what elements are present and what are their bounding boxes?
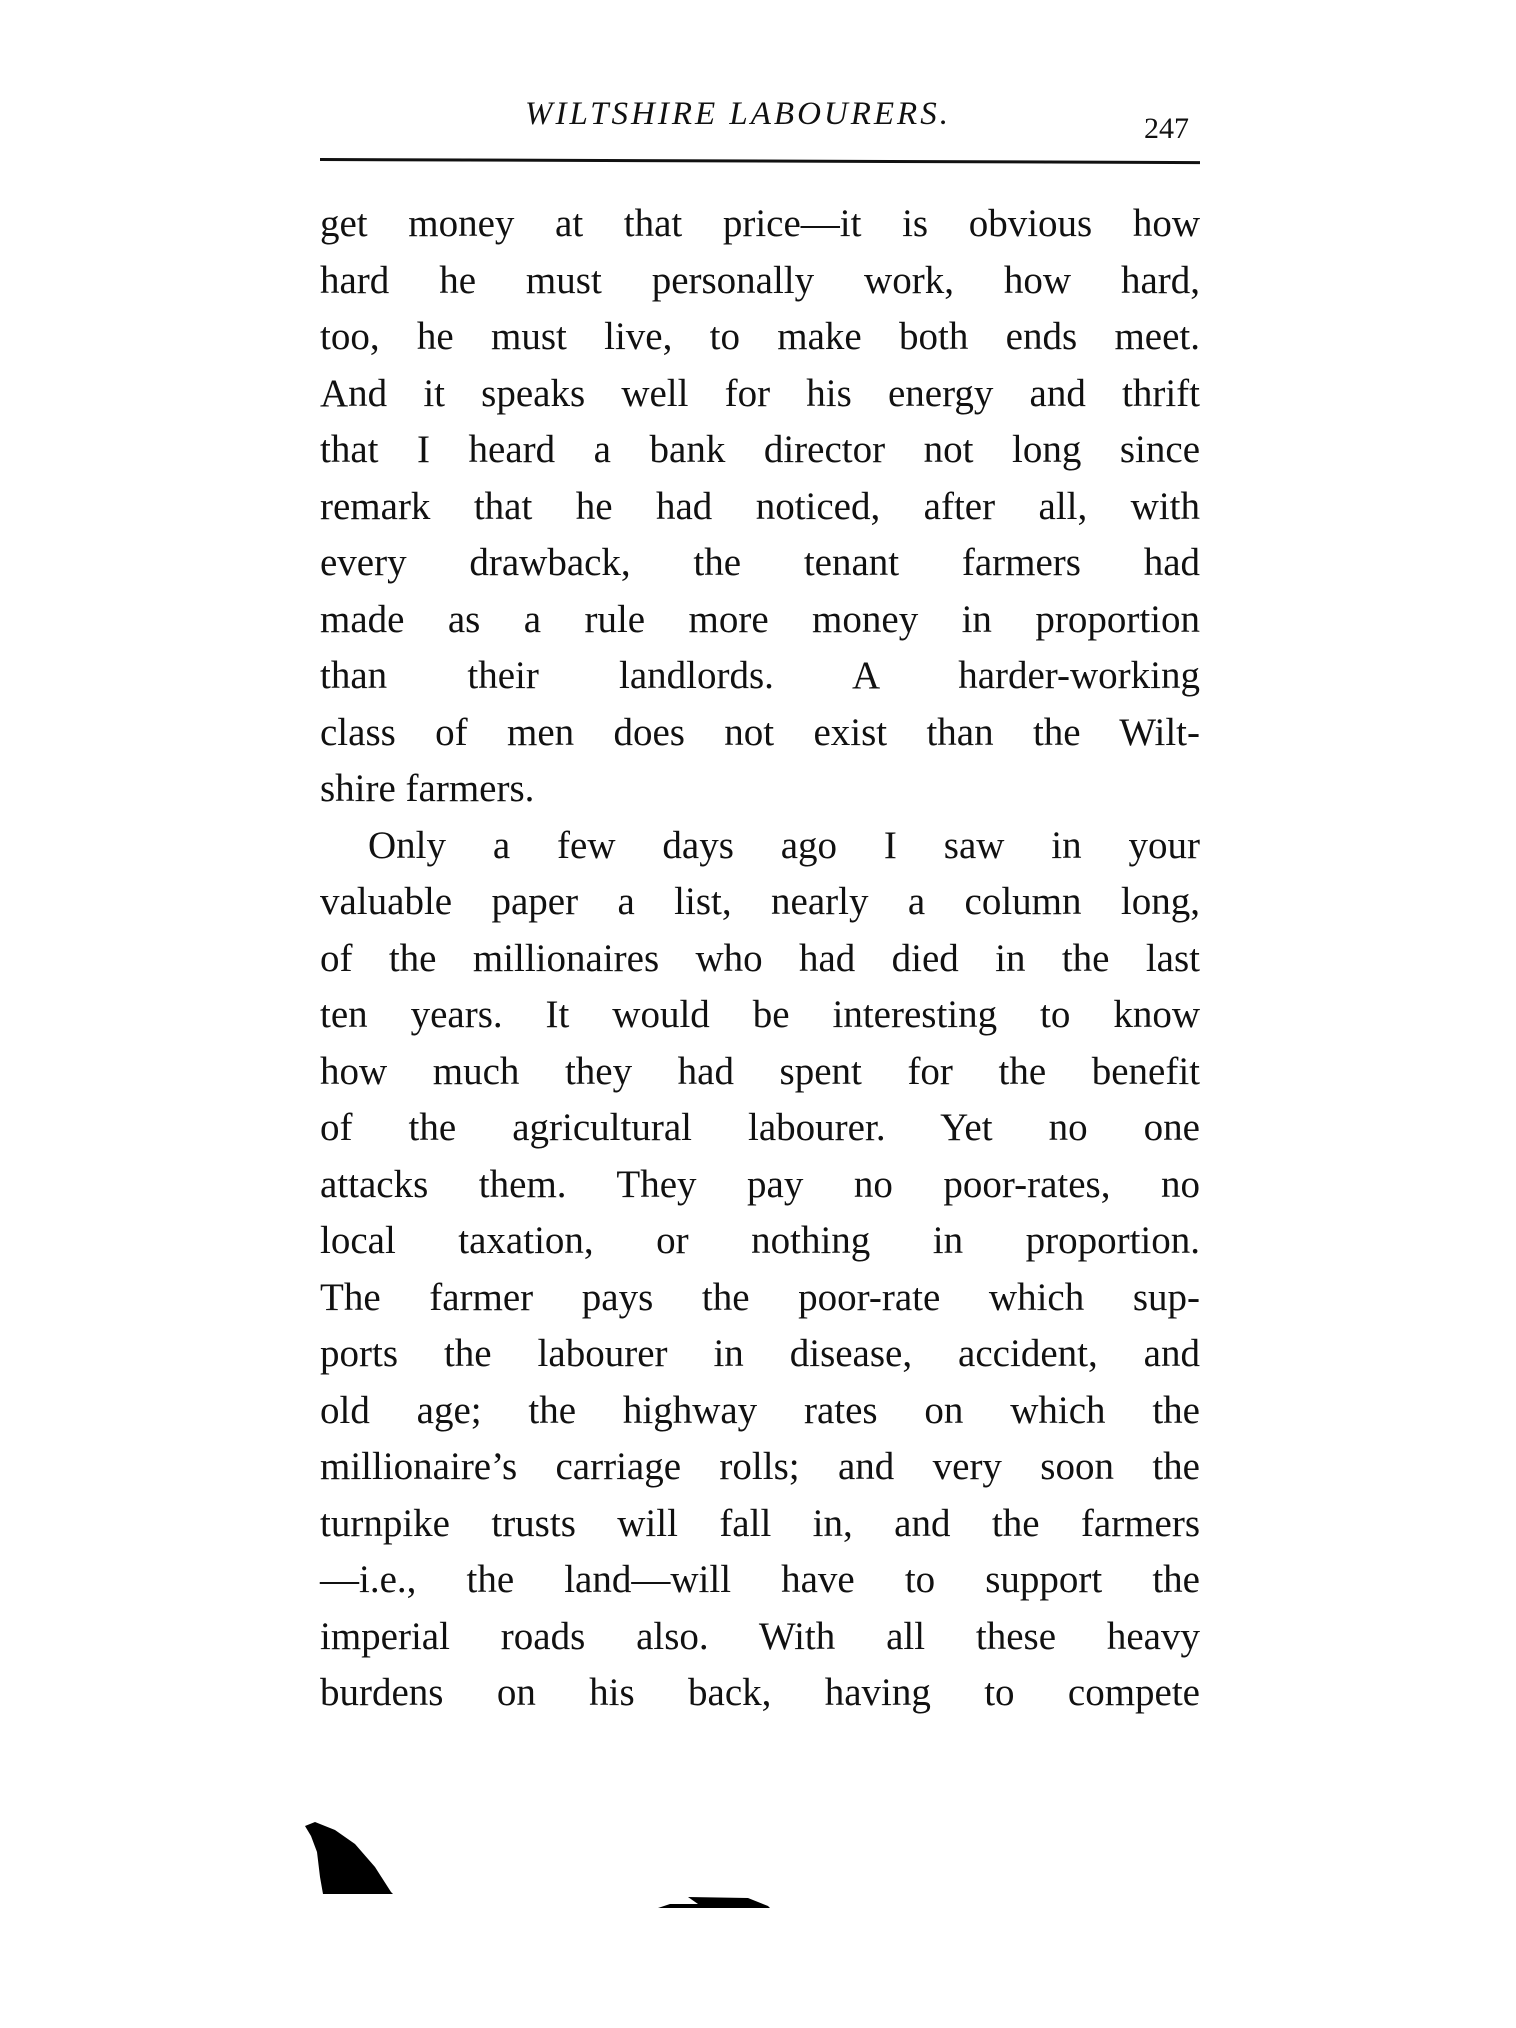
text-line: hard he must personally work, how hard, [320,253,1200,310]
text-line: The farmer pays the poor-rate which sup- [320,1270,1200,1327]
running-head: WILTSHIRE LABOURERS. 247 [320,96,1200,146]
ink-blot-left [305,1822,395,1897]
text-line: valuable paper a list, nearly a column l… [320,874,1200,931]
body-text: get money at that price—it is obvious ho… [320,196,1200,1722]
header-rule [320,158,1200,164]
text-line: too, he must live, to make both ends mee… [320,309,1200,366]
text-line: old age; the highway rates on which the [320,1383,1200,1440]
text-line: imperial roads also. With all these heav… [320,1609,1200,1666]
text-line: made as a rule more money in proportion [320,592,1200,649]
text-line: attacks them. They pay no poor-rates, no [320,1157,1200,1214]
book-page: WILTSHIRE LABOURERS. 247 get money at th… [0,0,1516,2028]
text-line: turnpike trusts will fall in, and the fa… [320,1496,1200,1553]
text-line: ports the labourer in disease, accident,… [320,1326,1200,1383]
text-line: get money at that price—it is obvious ho… [320,196,1200,253]
text-line: class of men does not exist than the Wil… [320,705,1200,762]
ink-smear-right [658,1896,770,1910]
text-line: every drawback, the tenant farmers had [320,535,1200,592]
paragraph-1: get money at that price—it is obvious ho… [320,196,1200,818]
text-line: of the agricultural labourer. Yet no one [320,1100,1200,1157]
text-line: how much they had spent for the benefit [320,1044,1200,1101]
text-line: Only a few days ago I saw in your [320,818,1200,875]
text-line: local taxation, or nothing in proportion… [320,1213,1200,1270]
text-line: And it speaks well for his energy and th… [320,366,1200,423]
text-line: than their landlords. A harder-working [320,648,1200,705]
running-title: WILTSHIRE LABOURERS. [525,96,951,133]
text-line: millionaire’s carriage rolls; and very s… [320,1439,1200,1496]
paragraph-2: Only a few days ago I saw in your valuab… [320,818,1200,1722]
text-line: of the millionaires who had died in the … [320,931,1200,988]
page-number: 247 [1144,112,1189,146]
text-line: ten years. It would be interesting to kn… [320,987,1200,1044]
text-line: burdens on his back, having to compete [320,1665,1200,1722]
text-line: remark that he had noticed, after all, w… [320,479,1200,536]
text-line: —i.e., the land—will have to support the [320,1552,1200,1609]
text-line: that I heard a bank director not long si… [320,422,1200,479]
text-line: shire farmers. [320,761,1200,818]
